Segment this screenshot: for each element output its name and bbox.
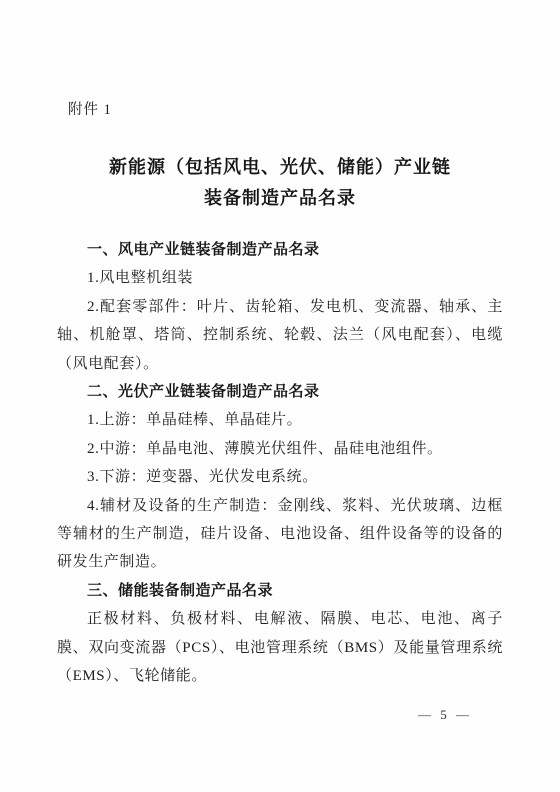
paragraph-storage-products: 正极材料、负极材料、电解液、隔膜、电芯、电池、离子膜、双向变流器（PCS）、电池… bbox=[57, 605, 503, 690]
paragraph-solar-downstream: 3.下游：逆变器、光伏发电系统。 bbox=[57, 463, 503, 491]
document-page: 附件 1 新能源（包括风电、光伏、储能）产业链 装备制造产品名录 一、风电产业链… bbox=[0, 0, 560, 792]
section-heading-solar: 二、光伏产业链装备制造产品名录 bbox=[57, 378, 503, 406]
document-body: 一、风电产业链装备制造产品名录 1.风电整机组装 2.配套零部件：叶片、齿轮箱、… bbox=[57, 236, 503, 691]
paragraph-solar-midstream: 2.中游：单晶电池、薄膜光伏组件、晶硅电池组件。 bbox=[57, 435, 503, 463]
page-number: — 5 — bbox=[418, 707, 472, 723]
section-heading-wind: 一、风电产业链装备制造产品名录 bbox=[57, 236, 503, 264]
section-heading-storage: 三、储能装备制造产品名录 bbox=[57, 577, 503, 605]
paragraph-wind-components: 2.配套零部件：叶片、齿轮箱、发电机、变流器、轴承、主轴、机舱罩、塔筒、控制系统… bbox=[57, 293, 503, 378]
document-title-line-2: 装备制造产品名录 bbox=[0, 183, 560, 214]
document-title: 新能源（包括风电、光伏、储能）产业链 装备制造产品名录 bbox=[0, 152, 560, 214]
paragraph-solar-auxiliary: 4.辅材及设备的生产制造：金刚线、浆料、光伏玻璃、边框等辅材的生产制造，硅片设备… bbox=[57, 492, 503, 577]
paragraph-solar-upstream: 1.上游：单晶硅棒、单晶硅片。 bbox=[57, 406, 503, 434]
document-title-line-1: 新能源（包括风电、光伏、储能）产业链 bbox=[0, 152, 560, 183]
attachment-label: 附件 1 bbox=[68, 98, 112, 119]
paragraph-wind-assembly: 1.风电整机组装 bbox=[57, 264, 503, 292]
